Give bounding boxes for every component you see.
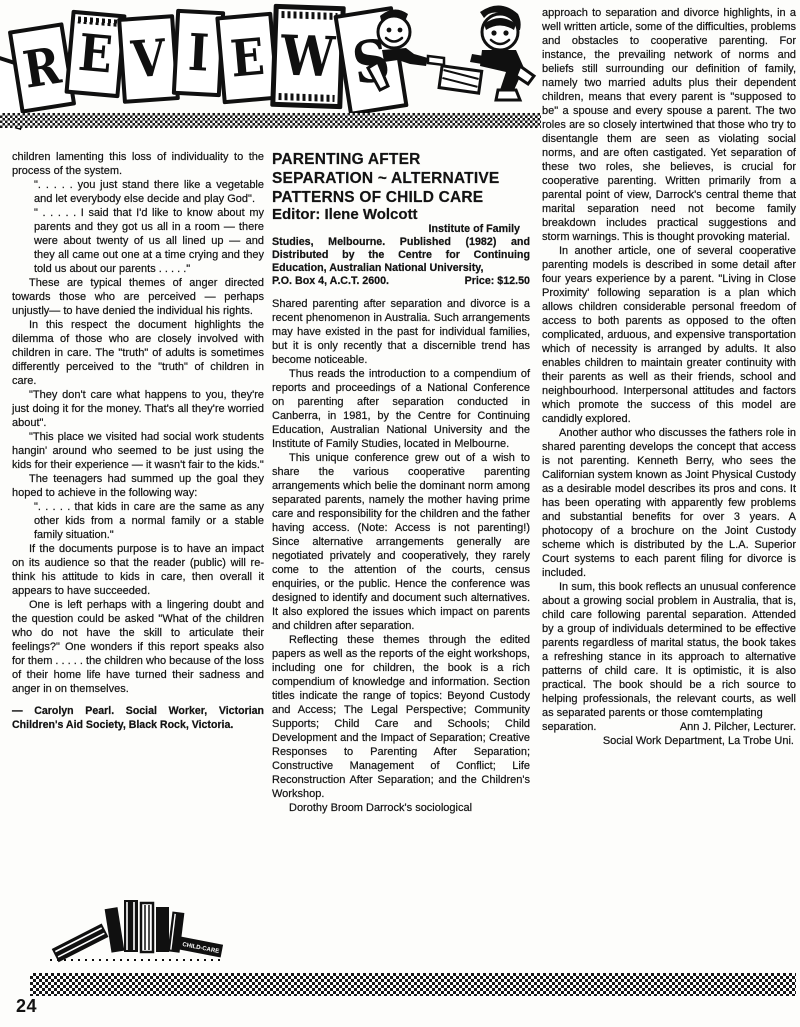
- reviews-header: R E V I E W S: [0, 2, 545, 114]
- paragraph-para: In this respect the document highlights …: [12, 318, 264, 388]
- page-number: 24: [16, 996, 37, 1017]
- reviewer-name: Ann J. Pilcher, Lecturer.: [680, 720, 796, 734]
- header-letter: W: [280, 23, 336, 89]
- paragraph-quote: ". . . . . that kids in care are the sam…: [34, 500, 264, 542]
- publisher-line: Institute of Family: [272, 223, 530, 236]
- paragraph-para: Dorothy Broom Darrock's sociological: [272, 801, 530, 815]
- reviewer-signature: separation. Ann J. Pilcher, Lecturer.: [542, 720, 796, 734]
- magazine-page: R E V I E W S: [0, 0, 800, 1027]
- paragraph-para: In another article, one of several coope…: [542, 244, 796, 426]
- divider-band-top: [0, 113, 541, 128]
- review-title-line: PATTERNS OF CHILD CARE: [272, 188, 530, 207]
- books-illustration: CHILD-CARE: [48, 890, 223, 972]
- publisher-body: Studies, Melbourne. Published (1982) and…: [272, 236, 530, 275]
- header-letter: E: [76, 23, 115, 84]
- paragraph-para: Reflecting these themes through the edit…: [272, 633, 530, 801]
- review-body-continued: approach to separation and divorce highl…: [542, 6, 796, 720]
- header-letter: R: [19, 36, 64, 100]
- paragraph-cont: approach to separation and divorce highl…: [542, 6, 796, 244]
- header-letter-card: V: [117, 14, 180, 104]
- paragraph-quote: " . . . . . I said that I'd like to know…: [34, 206, 264, 276]
- paragraph-para: If the documents purpose is to have an i…: [12, 542, 264, 598]
- header-letter: I: [187, 23, 211, 83]
- paragraph-para: One is left perhaps with a lingering dou…: [12, 598, 264, 696]
- column-left: children lamenting this loss of individu…: [12, 150, 264, 732]
- paragraph-para: The teenagers had summed up the goal the…: [12, 472, 264, 500]
- paragraph-para: "They don't care what happens to you, th…: [12, 388, 264, 430]
- review-title-line: PARENTING AFTER: [272, 150, 530, 169]
- paragraph-cont: children lamenting this loss of individu…: [12, 150, 264, 178]
- paragraph-cont: Shared parenting after separation and di…: [272, 297, 530, 367]
- review-heading-block: PARENTING AFTER SEPARATION ~ ALTERNATIVE…: [272, 150, 530, 288]
- paragraph-para: These are typical themes of anger direct…: [12, 276, 264, 318]
- paragraph-para: Thus reads the introduction to a compend…: [272, 367, 530, 451]
- review-title-line: SEPARATION ~ ALTERNATIVE: [272, 169, 530, 188]
- reviewer-affiliation: Social Work Department, La Trobe Uni.: [542, 734, 796, 748]
- header-letter: E: [228, 27, 267, 88]
- publisher-info: Institute of Family Studies, Melbourne. …: [272, 223, 530, 288]
- review-body: Shared parenting after separation and di…: [272, 297, 530, 815]
- publisher-address: P.O. Box 4, A.C.T. 2600.: [272, 275, 389, 288]
- children-playing-illustration: [352, 2, 542, 114]
- paragraph-para: Another author who discusses the fathers…: [542, 426, 796, 580]
- paragraph-para: "This place we visited had social work s…: [12, 430, 264, 472]
- signature-left: separation.: [542, 720, 596, 734]
- paragraph-para: In sum, this book reflects an unusual co…: [542, 580, 796, 720]
- divider-band-bottom: [30, 973, 796, 996]
- paragraph-attribution: — Carolyn Pearl. Social Worker, Victoria…: [12, 705, 264, 732]
- review-editor: Editor: Ilene Wolcott: [272, 208, 530, 222]
- header-letter: V: [129, 29, 167, 90]
- paragraph-para: This unique conference grew out of a wis…: [272, 451, 530, 633]
- column-middle: PARENTING AFTER SEPARATION ~ ALTERNATIVE…: [272, 150, 530, 815]
- paragraph-quote: ". . . . . you just stand there like a v…: [34, 178, 264, 206]
- column-right: approach to separation and divorce highl…: [542, 6, 796, 748]
- price-label: Price: $12.50: [465, 275, 530, 288]
- review-title: PARENTING AFTER SEPARATION ~ ALTERNATIVE…: [272, 150, 530, 207]
